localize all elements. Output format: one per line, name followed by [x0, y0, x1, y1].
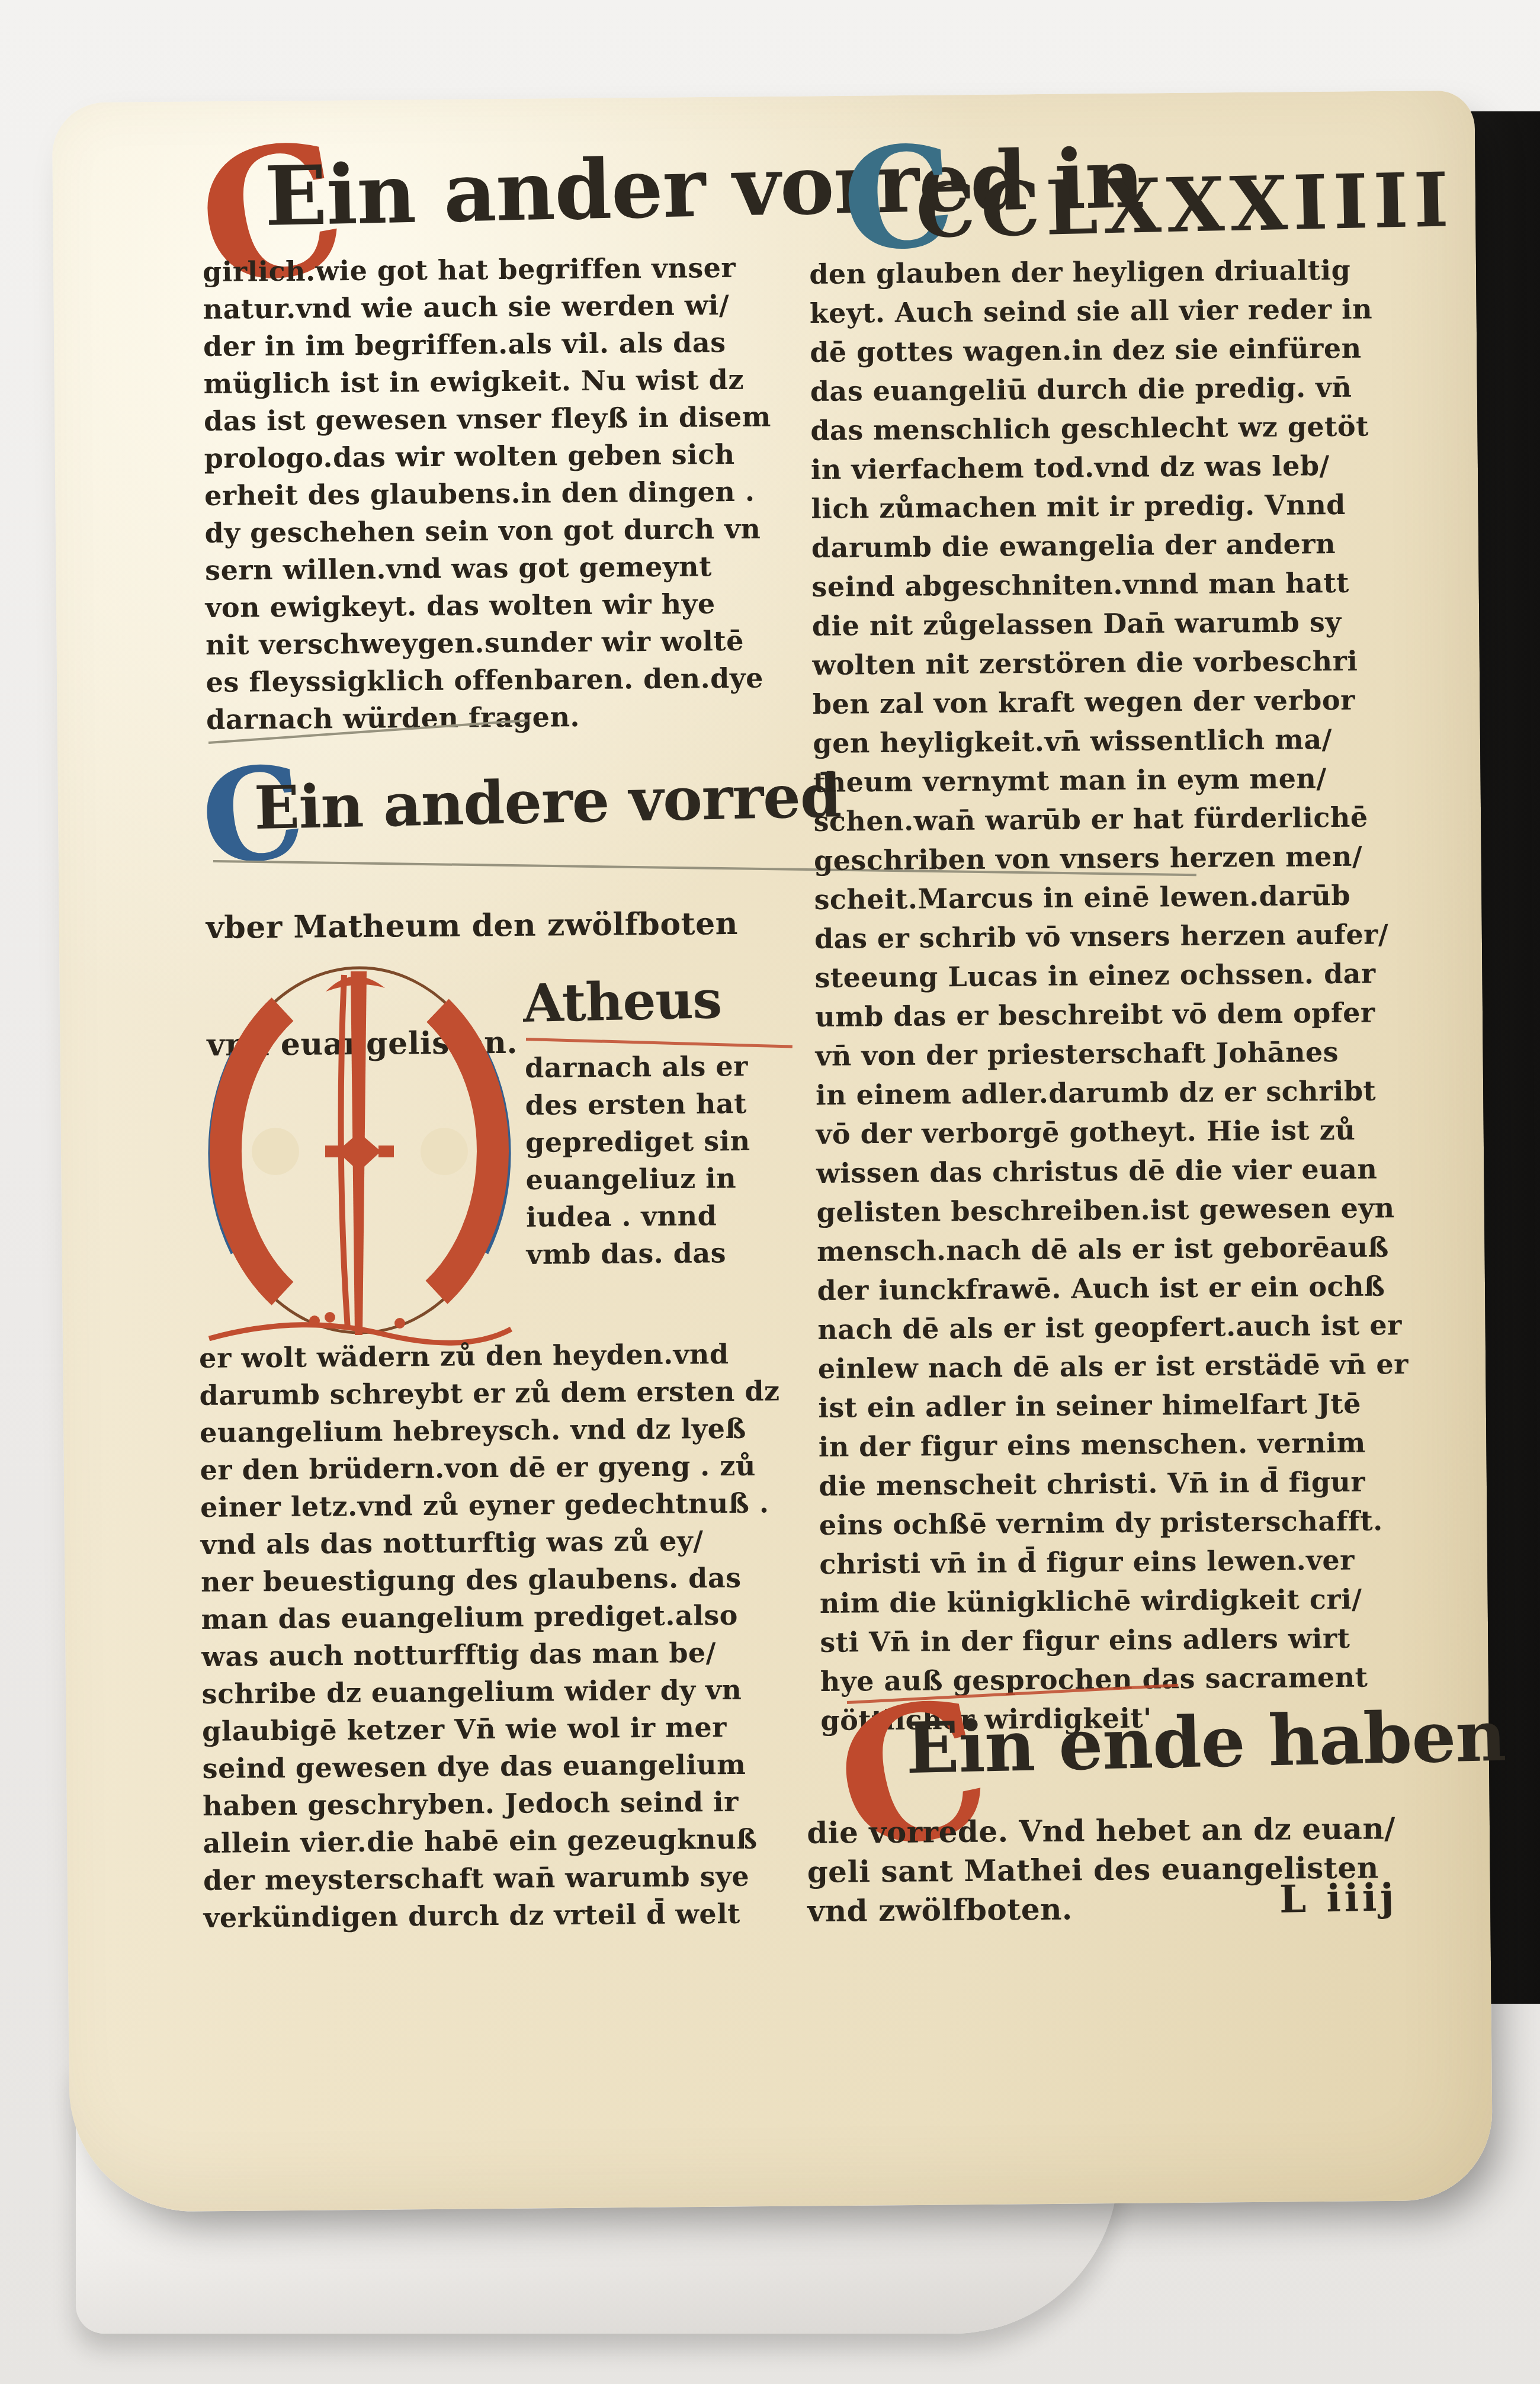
subheading-title: Ein andere vorred: [254, 761, 842, 843]
photo-of-incunabulum-page: C Ein ander vorred in C CCLXXXIIII girli…: [0, 0, 1540, 2384]
initial-knob-left: [325, 1146, 341, 1157]
left-column-paragraph-1: girlich.wie got hat begriffen vnser natu…: [203, 249, 816, 739]
initial-first-word: Atheus: [522, 968, 722, 1034]
initial-dot-2: [325, 1312, 335, 1323]
folio-number: CCLXXXIIII: [915, 156, 1455, 255]
page-content: C Ein ander vorred in C CCLXXXIIII girli…: [0, 0, 1540, 2384]
decorated-initial-M: [204, 955, 515, 1363]
initial-side-lines: darnach als er des ersten hat geprediget…: [525, 1047, 823, 1273]
quire-signature: L iiij: [1279, 1875, 1398, 1921]
ending-heading: Ein ende haben: [905, 1695, 1506, 1789]
right-column-text: den glauben der heyligen driualtig keyt.…: [809, 249, 1467, 1740]
initial-dot-1: [309, 1315, 320, 1326]
left-column-paragraph-2: er wolt wädern zů den heyden.vnd darumb …: [199, 1335, 820, 1937]
initial-dot-3: [394, 1318, 405, 1329]
initial-notch-left: [252, 1128, 299, 1175]
initial-knob-right: [378, 1146, 394, 1157]
subheading-line2: vber Matheum den zwölfboten: [206, 906, 739, 946]
initial-notch-right: [421, 1128, 468, 1175]
